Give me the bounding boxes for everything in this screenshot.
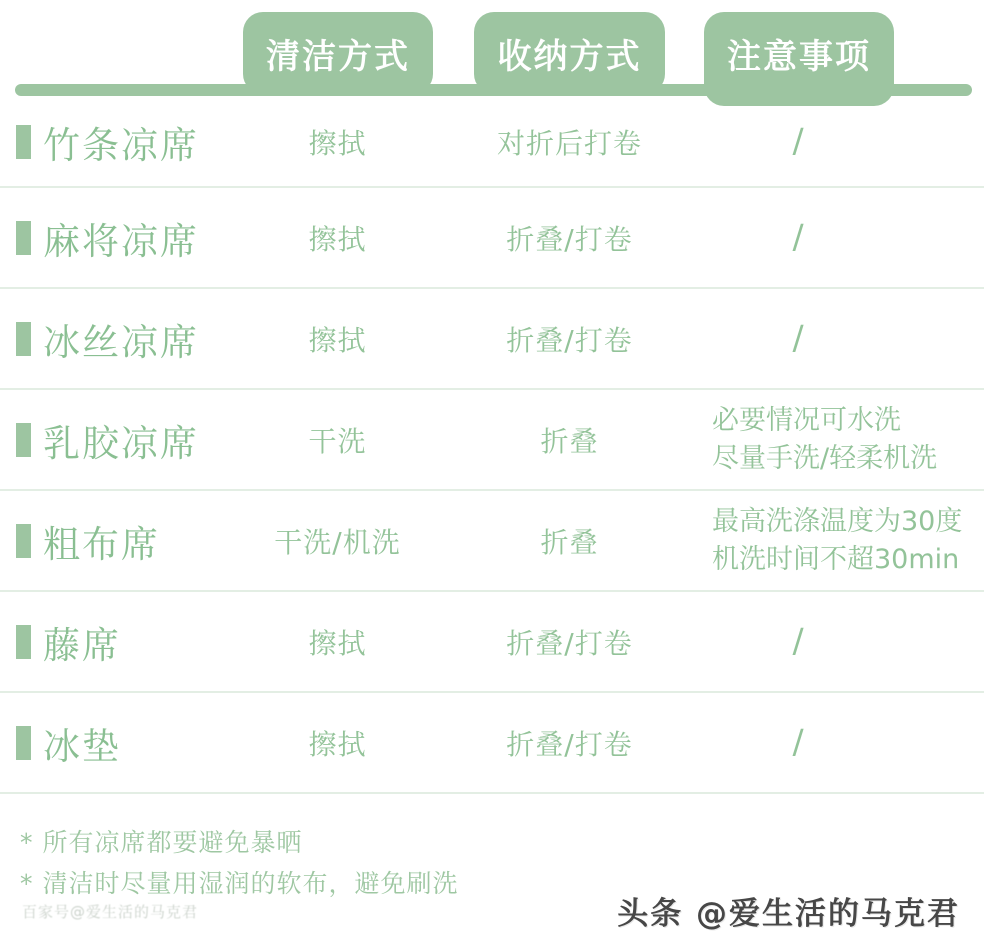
clean-cell: 干洗: [242, 420, 433, 460]
author-branding: 头条 @爱生活的马克君: [617, 888, 960, 933]
row-name-cell: 麻将凉席: [0, 211, 242, 265]
header-tab-clean: 清洁方式: [243, 12, 433, 94]
table-row: 粗布席 干洗/机洗 折叠 最高洗涤温度为30度 机洗时间不超30min: [0, 491, 984, 592]
bullet-square-icon: [16, 221, 31, 255]
table-row: 冰丝凉席 擦拭 折叠/打卷 /: [0, 289, 984, 390]
note-line: 最高洗涤温度为30度: [712, 503, 984, 541]
storage-cell: 折叠/打卷: [474, 319, 665, 359]
footnote-line: * 所有凉席都要避免暴晒: [20, 822, 984, 863]
storage-cell: 折叠/打卷: [474, 218, 665, 258]
notes-cell: /: [690, 214, 984, 260]
bullet-square-icon: [16, 524, 31, 558]
storage-cell: 折叠: [474, 420, 665, 460]
storage-cell: 折叠: [474, 521, 665, 561]
mat-name: 麻将凉席: [43, 211, 199, 265]
bullet-square-icon: [16, 125, 31, 159]
row-name-cell: 乳胶凉席: [0, 413, 242, 467]
row-name-cell: 粗布席: [0, 514, 242, 568]
notes-cell: /: [690, 118, 984, 164]
notes-cell: 必要情况可水洗 尽量手洗/轻柔机洗: [690, 402, 984, 478]
note-line: 尽量手洗/轻柔机洗: [712, 440, 984, 478]
table-header: 清洁方式 收纳方式 注意事项: [0, 0, 984, 97]
storage-cell: 折叠/打卷: [474, 723, 665, 763]
row-name-cell: 竹条凉席: [0, 115, 242, 169]
clean-cell: 擦拭: [242, 122, 433, 162]
row-name-cell: 冰垫: [0, 716, 242, 770]
table-row: 冰垫 擦拭 折叠/打卷 /: [0, 693, 984, 794]
clean-cell: 擦拭: [242, 723, 433, 763]
table-body: 竹条凉席 擦拭 对折后打卷 / 麻将凉席 擦拭 折叠/打卷 / 冰丝凉席 擦拭: [0, 97, 984, 794]
bullet-square-icon: [16, 322, 31, 356]
header-tab-storage: 收纳方式: [474, 12, 665, 94]
notes-cell: /: [690, 315, 984, 361]
clean-cell: 擦拭: [242, 319, 433, 359]
mat-name: 冰丝凉席: [43, 312, 199, 366]
notes-cell: /: [690, 618, 984, 664]
infographic-page: 清洁方式 收纳方式 注意事项 竹条凉席 擦拭 对折后打卷 / 麻将凉席: [0, 0, 984, 947]
bullet-square-icon: [16, 625, 31, 659]
mat-name: 藤席: [43, 615, 121, 669]
storage-cell: 折叠/打卷: [474, 622, 665, 662]
mat-name: 乳胶凉席: [43, 413, 199, 467]
mat-name: 粗布席: [43, 514, 160, 568]
mat-name: 竹条凉席: [43, 115, 199, 169]
table-row: 乳胶凉席 干洗 折叠 必要情况可水洗 尽量手洗/轻柔机洗: [0, 390, 984, 491]
mat-name: 冰垫: [43, 716, 121, 770]
bullet-square-icon: [16, 423, 31, 457]
table-row: 竹条凉席 擦拭 对折后打卷 /: [0, 97, 984, 188]
table-row: 藤席 擦拭 折叠/打卷 /: [0, 592, 984, 693]
header-tab-storage-label: 收纳方式: [498, 29, 642, 78]
faint-watermark: 百家号@爱生活的马克君: [22, 901, 198, 922]
clean-cell: 干洗/机洗: [242, 521, 433, 561]
note-line: 机洗时间不超30min: [712, 541, 984, 579]
row-name-cell: 冰丝凉席: [0, 312, 242, 366]
storage-cell: 对折后打卷: [474, 122, 665, 162]
notes-cell: /: [690, 719, 984, 765]
clean-cell: 擦拭: [242, 622, 433, 662]
header-underline-bar: [15, 84, 972, 96]
notes-cell: 最高洗涤温度为30度 机洗时间不超30min: [690, 503, 984, 579]
note-line: 必要情况可水洗: [712, 402, 984, 440]
clean-cell: 擦拭: [242, 218, 433, 258]
header-tab-clean-label: 清洁方式: [266, 29, 410, 78]
header-tab-notes-label: 注意事项: [727, 29, 871, 78]
table-row: 麻将凉席 擦拭 折叠/打卷 /: [0, 188, 984, 289]
bullet-square-icon: [16, 726, 31, 760]
row-name-cell: 藤席: [0, 615, 242, 669]
